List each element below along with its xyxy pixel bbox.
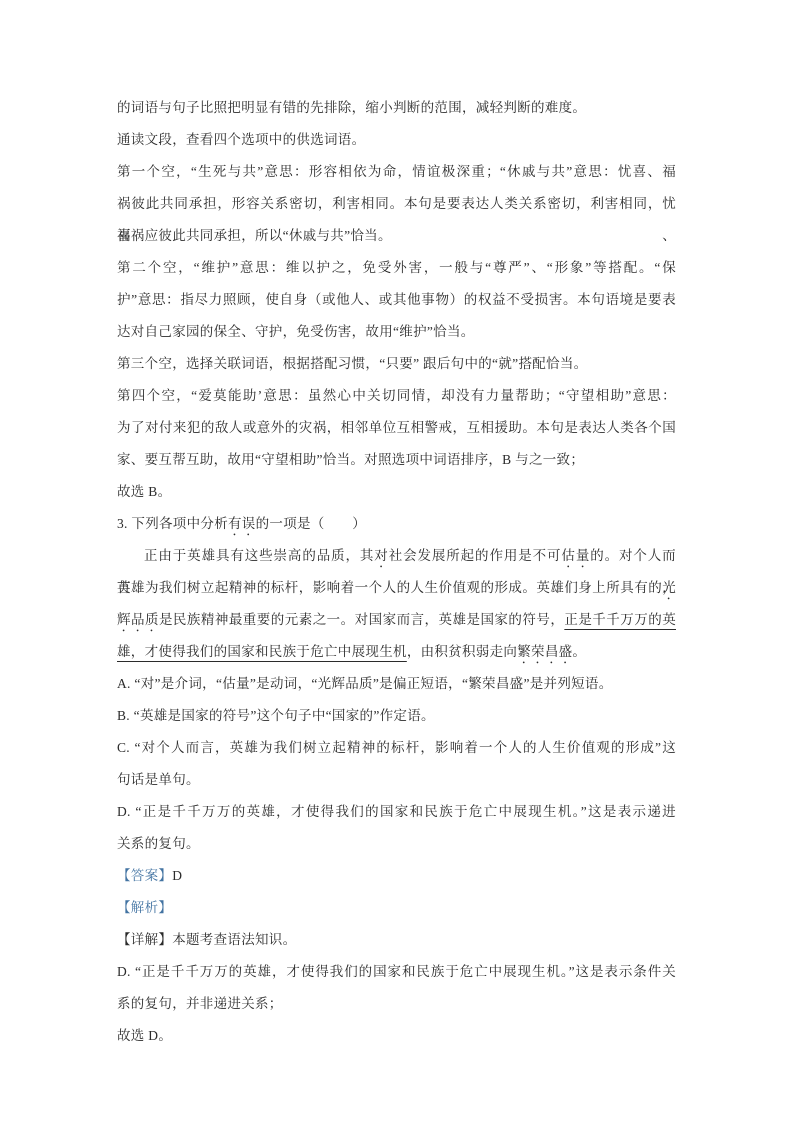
text-segment: 系的复句，并非递进关系；	[117, 996, 283, 1011]
emphasis-dots-text: 辉品质	[117, 612, 159, 627]
document-body: 的词语与句子比照把明显有错的先排除，缩小判断的范围，减轻判断的难度。通读文段，查…	[117, 92, 676, 1052]
text-segment: 为了对付来犯的敌人或意外的灾祸，相邻单位互相警戒，互相援助。本句是表达人类各个国	[117, 420, 676, 435]
section-label: 【答案】	[117, 868, 172, 883]
analysis-label: 【解析】	[117, 892, 676, 924]
explanation-line: 第三个空，选择关联词语，根据搭配习惯，“只要” 跟后句中的“就”搭配恰当。	[117, 348, 676, 380]
option-d: D. “正是千千万万的英雄，才使得我们的国家和民族于危亡中展现生机。”这是表示递…	[117, 796, 676, 828]
conclusion-d: 故选 D。	[117, 1020, 676, 1052]
text-segment: 正由于英雄具有这些崇高的品质，其	[144, 548, 374, 563]
text-segment: 达对自己家园的保全、守护，免受伤害，故用“维护”恰当。	[117, 324, 475, 339]
text-segment: D	[172, 868, 182, 883]
text-segment: 的词语与句子比照把明显有错的先排除，缩小判断的范围，减轻判断的难度。	[117, 100, 586, 115]
option-b: B. “英雄是国家的符号”这个句子中“国家的”作定语。	[117, 700, 676, 732]
text-segment: 福祸应彼此共同承担，所以“休戚与共”恰当。	[117, 228, 392, 243]
text-segment: 是民族精神最重要的元素之一。对国家而言，英雄是国家的符号，	[159, 612, 564, 627]
explanation-line: 达对自己家园的保全、守护，免受伤害，故用“维护”恰当。	[117, 316, 676, 348]
passage-line: 英雄为我们树立起精神的标杆，影响着一个人的人生价值观的形成。英雄们身上所具有的光	[117, 572, 676, 604]
document-page: 的词语与句子比照把明显有错的先排除，缩小判断的范围，减轻判断的难度。通读文段，查…	[0, 0, 793, 1122]
text-segment: 第三个空，选择关联词语，根据搭配习惯，“只要” 跟后句中的“就”搭配恰当。	[117, 356, 587, 371]
section-label: 【解析】	[117, 900, 172, 915]
text-segment: 关系的复句。	[117, 836, 200, 851]
text-segment: 3. 下列各项中分析	[117, 516, 228, 531]
explanation-line: 第二个空，“维护”意思：维以护之，免受外害，一般与“尊严”、“形象”等搭配。“保	[117, 252, 676, 284]
emphasis-dots-text: 估量	[561, 548, 590, 563]
text-segment: 【详解】本题考查语法知识。	[117, 932, 296, 947]
text-segment: A. “对”是介词，“估量”是动词，“光辉品质”是偏正短语，“繁荣昌盛”是并列短…	[117, 676, 613, 691]
explanation-line: 祸彼此共同承担，形容关系密切，利害相同。本句是要表达人类关系密切，利害相同，忧喜…	[117, 188, 676, 220]
text-segment: 英雄为我们树立起精神的标杆，影响着一个人的人生价值观的形成。英雄们身上所具有的	[117, 580, 662, 595]
text-segment: 通读文段，查看四个选项中的供选词语。	[117, 132, 365, 147]
explanation-line: 的词语与句子比照把明显有错的先排除，缩小判断的范围，减轻判断的难度。	[117, 92, 676, 124]
text-segment: 。	[572, 644, 586, 659]
text-segment: 句话是单句。	[117, 772, 200, 787]
emphasis-dots-text: 繁荣昌盛	[517, 644, 572, 659]
explanation-line: 第四个空，“爱莫能助’意思：虽然心中关切同情，却没有力量帮助；“守望相助”意思：	[117, 380, 676, 412]
text-segment: 家、要互帮互助，故用“守望相助”恰当。对照选项中词语排序，B 与之一致；	[117, 452, 584, 467]
text-segment: D. “正是千千万万的英雄，才使得我们的国家和民族于危亡中展现生机。”这是表示条…	[117, 964, 676, 979]
emphasis-dots-text: 光	[662, 580, 676, 595]
explanation-line: 为了对付来犯的敌人或意外的灾祸，相邻单位互相警戒，互相援助。本句是表达人类各个国	[117, 412, 676, 444]
underlined-text: 正是千千万万的英	[564, 612, 676, 627]
option-c: C. “对个人而言，英雄为我们树立起精神的标杆，影响着一个人的人生价值观的形成”…	[117, 732, 676, 764]
text-segment: D. “正是千千万万的英雄，才使得我们的国家和民族于危亡中展现生机。”这是表示递…	[117, 804, 676, 819]
explanation-line: 护”意思：指尽力照顾，使自身（或他人、或其他事物）的权益不受损害。本句语境是要表	[117, 284, 676, 316]
detail-line: 【详解】本题考查语法知识。	[117, 924, 676, 956]
text-segment: ，由积贫积弱走向	[407, 644, 517, 659]
passage-line: 雄，才使得我们的国家和民族于危亡中展现生机，由积贫积弱走向繁荣昌盛。	[117, 636, 676, 668]
explanation-line: 第一个空，“生死与共”意思：形容相依为命，情谊极深重；“休戚与共”意思：忧喜、福	[117, 156, 676, 188]
text-segment: 第一个空，“生死与共”意思：形容相依为命，情谊极深重；“休戚与共”意思：忧喜、福	[117, 164, 676, 179]
text-segment: 第二个空，“维护”意思：维以护之，免受外害，一般与“尊严”、“形象”等搭配。“保	[117, 260, 676, 275]
text-segment: B. “英雄是国家的符号”这个句子中“国家的”作定语。	[117, 708, 435, 723]
explanation-line: 通读文段，查看四个选项中的供选词语。	[117, 124, 676, 156]
underlined-text: 雄，才使得我们的国家和民族于危亡中展现生机	[117, 644, 407, 659]
passage-line: 辉品质是民族精神最重要的元素之一。对国家而言，英雄是国家的符号，正是千千万万的英	[117, 604, 676, 636]
text-segment: 护”意思：指尽力照顾，使自身（或他人、或其他事物）的权益不受损害。本句语境是要表	[117, 292, 676, 307]
detail-line: 系的复句，并非递进关系；	[117, 988, 676, 1020]
question-3: 3. 下列各项中分析有误的一项是（ ）	[117, 508, 676, 540]
text-segment: C. “对个人而言，英雄为我们树立起精神的标杆，影响着一个人的人生价值观的形成”…	[117, 740, 676, 755]
option-a: A. “对”是介词，“估量”是动词，“光辉品质”是偏正短语，“繁荣昌盛”是并列短…	[117, 668, 676, 700]
text-segment: 的一项是（ ）	[256, 516, 366, 531]
text-segment: 故选 B。	[117, 484, 171, 499]
conclusion-b: 故选 B。	[117, 476, 676, 508]
passage-line: 正由于英雄具有这些崇高的品质，其对社会发展所起的作用是不可估量的。对个人而言，	[117, 540, 676, 572]
text-segment: 社会发展所起的作用是不可	[389, 548, 562, 563]
emphasis-dots-text: 有误	[228, 516, 256, 531]
text-segment: 故选 D。	[117, 1028, 172, 1043]
emphasis-dots-text: 对	[374, 548, 388, 563]
answer-line: 【答案】D	[117, 860, 676, 892]
text-segment: 第四个空，“爱莫能助’意思：虽然心中关切同情，却没有力量帮助；“守望相助”意思：	[117, 388, 676, 403]
option-d-cont: 关系的复句。	[117, 828, 676, 860]
explanation-line: 家、要互帮互助，故用“守望相助”恰当。对照选项中词语排序，B 与之一致；	[117, 444, 676, 476]
detail-line: D. “正是千千万万的英雄，才使得我们的国家和民族于危亡中展现生机。”这是表示条…	[117, 956, 676, 988]
option-c-cont: 句话是单句。	[117, 764, 676, 796]
